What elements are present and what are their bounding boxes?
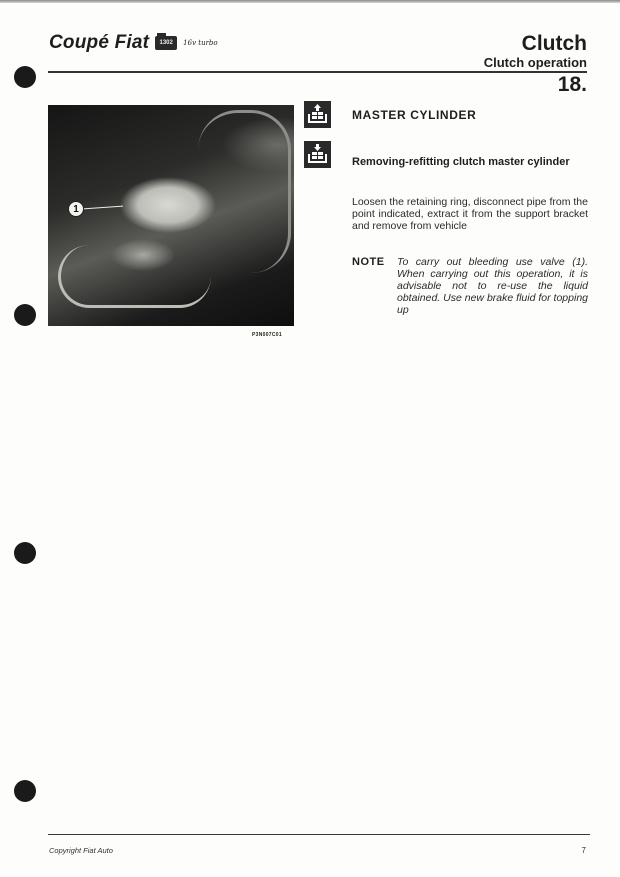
page-top-edge	[0, 0, 620, 3]
binder-hole	[14, 780, 36, 802]
procedure-text: Loosen the retaining ring, disconnect pi…	[352, 196, 588, 232]
footer-rule	[48, 834, 590, 835]
model-variant: 16v turbo	[183, 39, 217, 47]
callout-marker: 1	[68, 201, 84, 217]
component-heading: MASTER CYLINDER	[352, 108, 476, 122]
brand-name: Coupé Fiat	[49, 32, 149, 54]
refitting-icon	[304, 141, 331, 168]
figure-code: P3N007C01	[252, 332, 282, 338]
binder-hole	[14, 542, 36, 564]
binder-hole	[14, 304, 36, 326]
note-text: To carry out bleeding use valve (1). Whe…	[397, 256, 588, 316]
binder-hole	[14, 66, 36, 88]
photo-pipe	[198, 110, 291, 273]
engine-badge-label: 1302	[159, 40, 172, 46]
master-cylinder-photo: 1	[48, 105, 294, 326]
removal-icon	[304, 101, 331, 128]
callout-leader	[83, 206, 123, 210]
note-label: NOTE	[352, 256, 385, 268]
chapter-number: 18.	[558, 73, 587, 97]
header-rule	[48, 71, 587, 73]
section-title: Clutch	[522, 32, 587, 56]
page-number: 7	[582, 846, 586, 855]
copyright: Copyright Fiat Auto	[49, 846, 113, 855]
engine-badge-icon: 1302	[155, 36, 177, 50]
brand-header: Coupé Fiat 1302 16v turbo	[49, 32, 218, 54]
photo-pipe	[58, 245, 211, 308]
subsection-title: Clutch operation	[484, 55, 587, 70]
procedure-heading: Removing-refitting clutch master cylinde…	[352, 156, 570, 168]
